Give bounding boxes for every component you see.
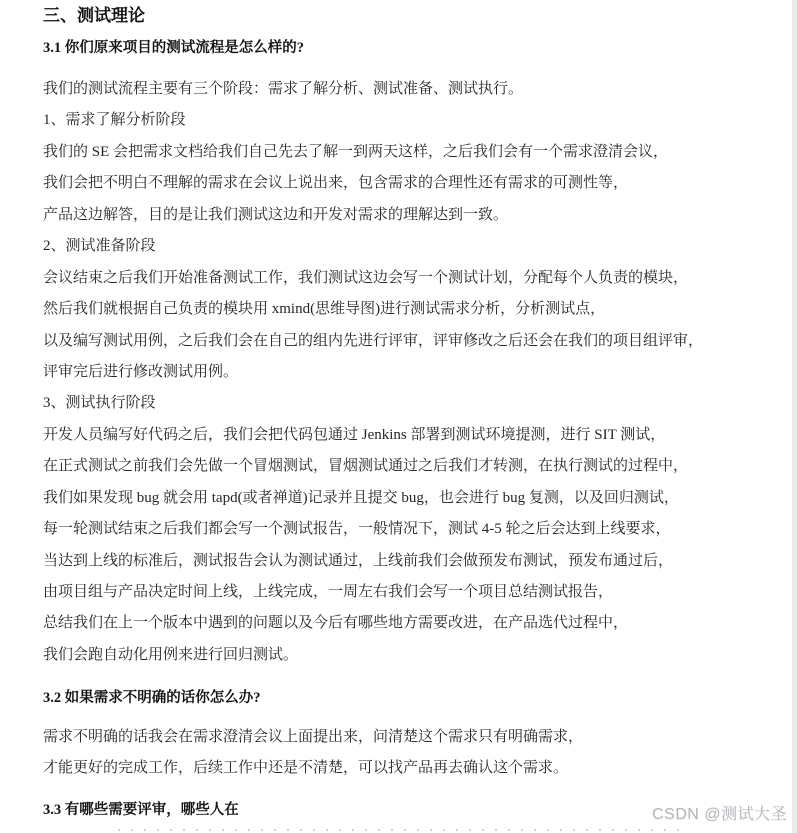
section-heading-3-3: 3.3 有哪些需要评审，哪些人在 [43, 800, 239, 820]
text-line: 产品这边解答，目的是让我们测试这边和开发对需求的理解达到一致。 [43, 200, 703, 231]
doc-title: 三、测试理论 [43, 5, 145, 27]
section-3-1-body: 我们的测试流程主要有三个阶段：需求了解分析、测试准备、测试执行。 1、需求了解分… [43, 74, 703, 671]
text-line: 1、需求了解分析阶段 [43, 105, 703, 136]
text-line: 每一轮测试结束之后我们都会写一个测试报告，一般情况下，测试 4-5 轮之后会达到… [43, 514, 703, 545]
text-line: 我们会跑自动化用例来进行回归测试。 [43, 640, 703, 671]
text-line: 我们如果发现 bug 就会用 tapd(或者禅道)记录并且提交 bug，也会进行… [43, 483, 703, 514]
section-heading-3-2: 3.2 如果需求不明确的话你怎么办? [43, 688, 261, 708]
text-line: 需求不明确的话我会在需求澄清会议上面提出来，问清楚这个需求只有明确需求， [43, 722, 583, 753]
text-line: 我们会把不明白不理解的需求在会议上说出来，包含需求的合理性还有需求的可测性等， [43, 168, 703, 199]
csdn-watermark: CSDN @测试大圣 [652, 801, 787, 824]
text-line: 评审完后进行修改测试用例。 [43, 357, 703, 388]
text-line: 由项目组与产品决定时间上线，上线完成，一周左右我们会写一个项目总结测试报告， [43, 577, 703, 608]
text-line: 3、测试执行阶段 [43, 388, 703, 419]
text-line: 我们的测试流程主要有三个阶段：需求了解分析、测试准备、测试执行。 [43, 74, 703, 105]
text-line: 以及编写测试用例，之后我们会在自己的组内先进行评审，评审修改之后还会在我们的项目… [43, 326, 703, 357]
text-line: 当达到上线的标准后，测试报告会认为测试通过，上线前我们会做预发布测试，预发布通过… [43, 546, 703, 577]
text-line: 会议结束之后我们开始准备测试工作，我们测试这边会写一个测试计划，分配每个人负责的… [43, 263, 703, 294]
clipped-next-line [118, 829, 683, 831]
document-page: 三、测试理论 3.1 你们原来项目的测试流程是怎么样的? 我们的测试流程主要有三… [0, 0, 797, 833]
text-line: 然后我们就根据自己负责的模块用 xmind(思维导图)进行测试需求分析，分析测试… [43, 294, 703, 325]
section-3-2-body: 需求不明确的话我会在需求澄清会议上面提出来，问清楚这个需求只有明确需求， 才能更… [43, 722, 583, 785]
text-line: 才能更好的完成工作，后续工作中还是不清楚，可以找产品再去确认这个需求。 [43, 753, 583, 784]
text-line: 2、测试准备阶段 [43, 231, 703, 262]
text-line: 在正式测试之前我们会先做一个冒烟测试，冒烟测试通过之后我们才转测，在执行测试的过… [43, 451, 703, 482]
text-line: 总结我们在上一个版本中遇到的问题以及今后有哪些地方需要改进，在产品选代过程中， [43, 608, 703, 639]
text-line: 我们的 SE 会把需求文档给我们自己先去了解一到两天这样，之后我们会有一个需求澄… [43, 137, 703, 168]
section-heading-3-1: 3.1 你们原来项目的测试流程是怎么样的? [43, 38, 304, 58]
page-right-edge [792, 0, 797, 833]
text-line: 开发人员编写好代码之后，我们会把代码包通过 Jenkins 部署到测试环境提测，… [43, 420, 703, 451]
